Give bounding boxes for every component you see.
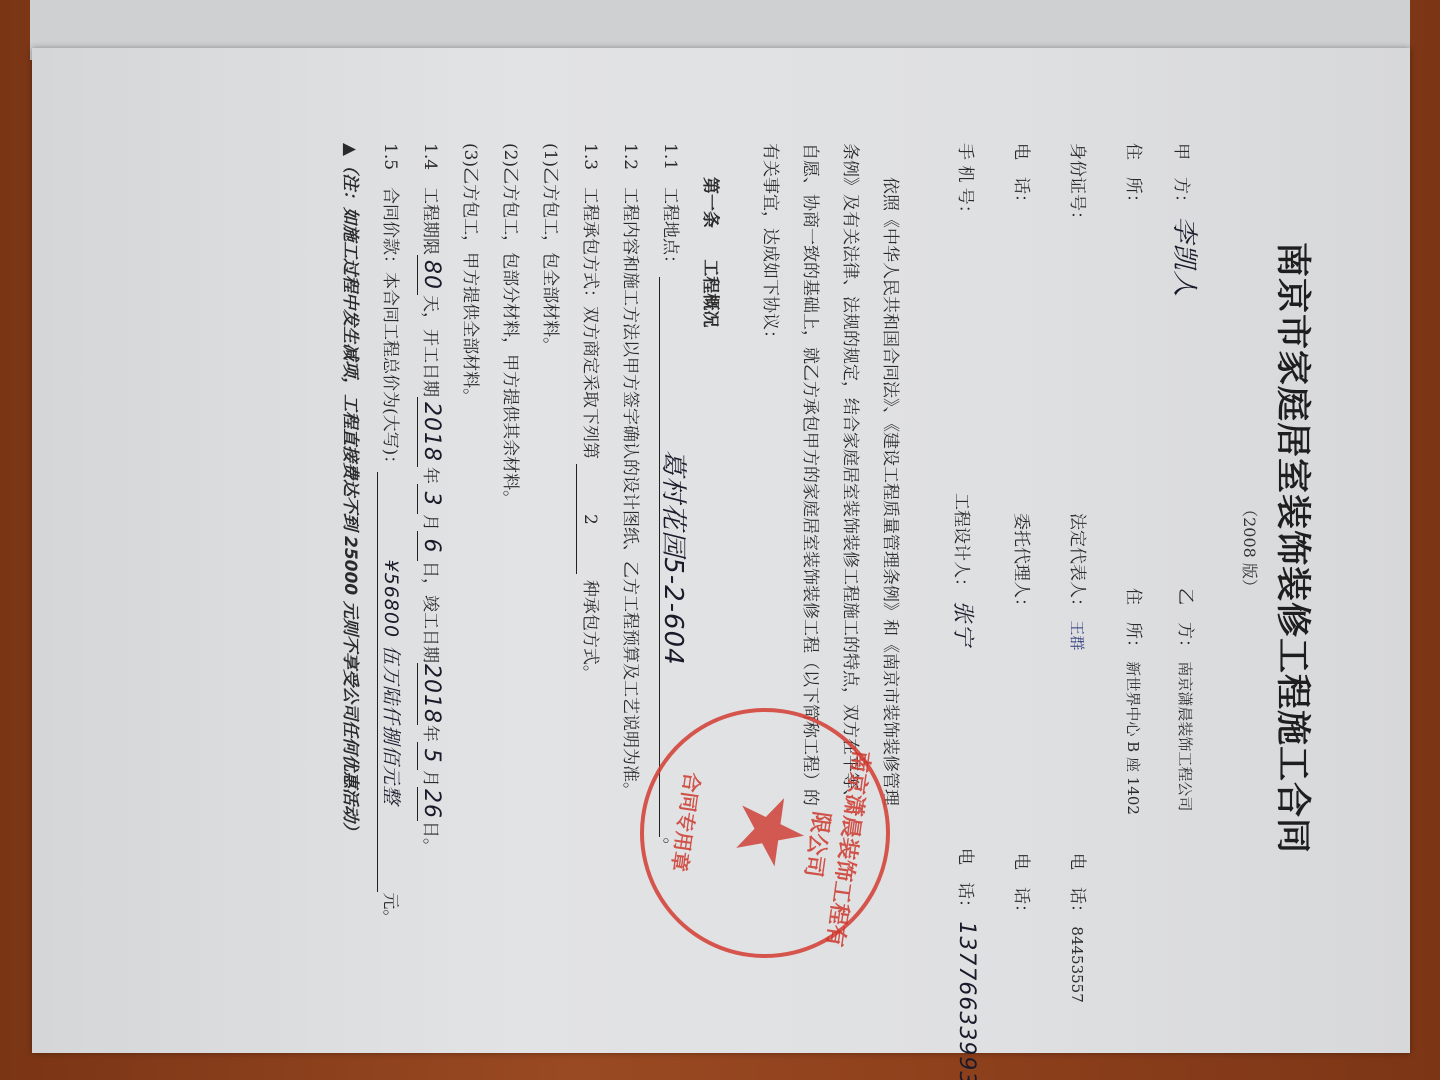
document-title: 南京市家庭居室装饰装修工程施工合同 [1270, 198, 1320, 898]
party-a-id-field: 身份证号： [1067, 143, 1092, 228]
start-year: 2018 [417, 397, 444, 467]
preamble: 依照《中华人民共和国合同法》、《建设工程质量管理条例》和《南京市装饰装修管理 条… [750, 143, 910, 953]
duration-days: 80 [417, 255, 444, 295]
start-day: 6 [417, 531, 444, 561]
party-a-name-field: 甲 方： 李凯人 [1168, 143, 1205, 297]
end-day: 26 [417, 787, 444, 821]
option-3: (3)乙方包工，甲方提供全部材料。 [450, 143, 490, 953]
month-unit: 月 [420, 514, 440, 531]
preamble-line: 自愿、协商一致的基础上，就乙方承包甲方的家庭居室装饰装修工程（以下简称工程）的 [790, 143, 830, 953]
preamble-line: 有关事宜，达成如下协议： [750, 143, 790, 953]
item-1-1: 1.1 工程地点： 葛村花园5-2-604。 [650, 143, 690, 953]
days-unit: 天，开工日期 [420, 295, 440, 397]
legal-rep-stamp: 王群 [1068, 620, 1086, 650]
item-1-5: 1.5 合同价款：本合同工程总价为(大写)：¥56800 伍万陆仟捌佰元整元。 [370, 143, 410, 953]
price-unit: 元。 [380, 892, 400, 926]
party-b-phone-label: 电 话： [1067, 853, 1092, 921]
agent-field: 委托代理人： [1011, 513, 1036, 615]
party-a-address-field: 住 所： [1123, 143, 1148, 211]
mode-prefix: 1.3 工程承包方式：双方商定采取下列第 [580, 143, 600, 459]
edition-label: （2008 版） [1239, 198, 1262, 898]
party-b-address-label: 住 所： [1123, 588, 1148, 656]
month-unit: 月 [420, 770, 440, 787]
legal-rep-field: 法定代表人： 王群 [1067, 513, 1092, 650]
designer-phone-field: 电 话： 13776633993 [954, 848, 980, 1080]
party-b-name-field: 乙 方： 南京潇晨装饰工程公司 [1175, 588, 1200, 811]
party-b-label: 乙 方： [1175, 588, 1200, 656]
item-1-2: 1.2 工程内容和施工方法以甲方签字确认的设计图纸、乙方工程预算及工艺说明为准。 [610, 143, 650, 953]
party-a-label: 甲 方： [1171, 143, 1196, 211]
designer-label: 工程设计人： [951, 493, 976, 595]
item-1-4: 1.4 工程期限80天，开工日期2018年3月6日，竣工日期2018年5月26日… [410, 143, 450, 953]
price-label: 1.5 合同价款：本合同工程总价为(大写)： [380, 143, 400, 472]
year-unit: 年 [420, 467, 440, 484]
item-1-3: 1.3 工程承包方式：双方商定采取下列第 2 种承包方式。 [570, 143, 610, 953]
end-suffix: 日。 [420, 821, 440, 855]
legal-rep-label: 法定代表人： [1067, 513, 1092, 615]
party-b-company: 南京潇晨装饰工程公司 [1176, 661, 1194, 811]
contract-sheet: 南京市家庭居室装饰装修工程施工合同 （2008 版） 甲 方： 李凯人 住 所：… [32, 48, 1410, 1048]
mode-value: 2 [576, 464, 603, 574]
article-1: 第一条 工程概况 1.1 工程地点： 葛村花园5-2-604。 1.2 工程内容… [330, 143, 730, 953]
day-unit: 日，竣工日期 [420, 561, 440, 663]
mode-suffix: 种承包方式。 [580, 580, 600, 682]
party-b-phone: 84453557 [1068, 926, 1086, 1002]
article-number: 第一条 [700, 177, 720, 228]
discount-note: ▲（注：如施工过程中发生减项，工程直接费达不到 25000 元则不享受公司任何优… [330, 143, 370, 953]
option-1: (1)乙方包工，包全部材料。 [530, 143, 570, 953]
end-month: 5 [417, 742, 444, 770]
article-title: 工程概况 [700, 259, 720, 327]
designer-phone: 13776633993 [954, 921, 979, 1080]
party-a-signature: 李凯人 [1169, 216, 1199, 297]
designer-phone-label: 电 话： [955, 848, 980, 916]
end-year: 2018 [417, 663, 444, 725]
article-1-heading: 第一条 工程概况 [690, 177, 730, 953]
designer-field: 工程设计人： 张宁 [949, 493, 980, 646]
party-b-address-field: 住 所： 新世界中心 B 座 1402 [1123, 588, 1148, 815]
party-a-phone-field: 电 话： [1011, 143, 1036, 211]
party-a-mobile-field: 手 机 号： [955, 143, 980, 222]
option-2: (2)乙方包工，包部分材料，甲方提供其余材料。 [490, 143, 530, 953]
designer-signature: 张宁 [950, 600, 975, 646]
preamble-line: 条例》及有关法律、法规的规定，结合家庭居室装饰装修工程施工的特点，双方在平等、 [830, 143, 870, 953]
site-value: 葛村花园5-2-604 [659, 277, 686, 837]
price-value: ¥56800 伍万陆仟捌佰元整 [377, 472, 404, 892]
start-month: 3 [417, 484, 444, 514]
site-label: 1.1 工程地点： [660, 143, 680, 272]
agent-phone-field: 电 话： [1011, 853, 1036, 921]
period-label: 1.4 工程期限 [420, 143, 440, 255]
party-b-address: 新世界中心 B 座 1402 [1124, 661, 1142, 815]
party-b-phone-field: 电 话： 84453557 [1067, 853, 1092, 1003]
year-unit: 年 [420, 725, 440, 742]
preamble-line: 依照《中华人民共和国合同法》、《建设工程质量管理条例》和《南京市装饰装修管理 [870, 143, 910, 953]
